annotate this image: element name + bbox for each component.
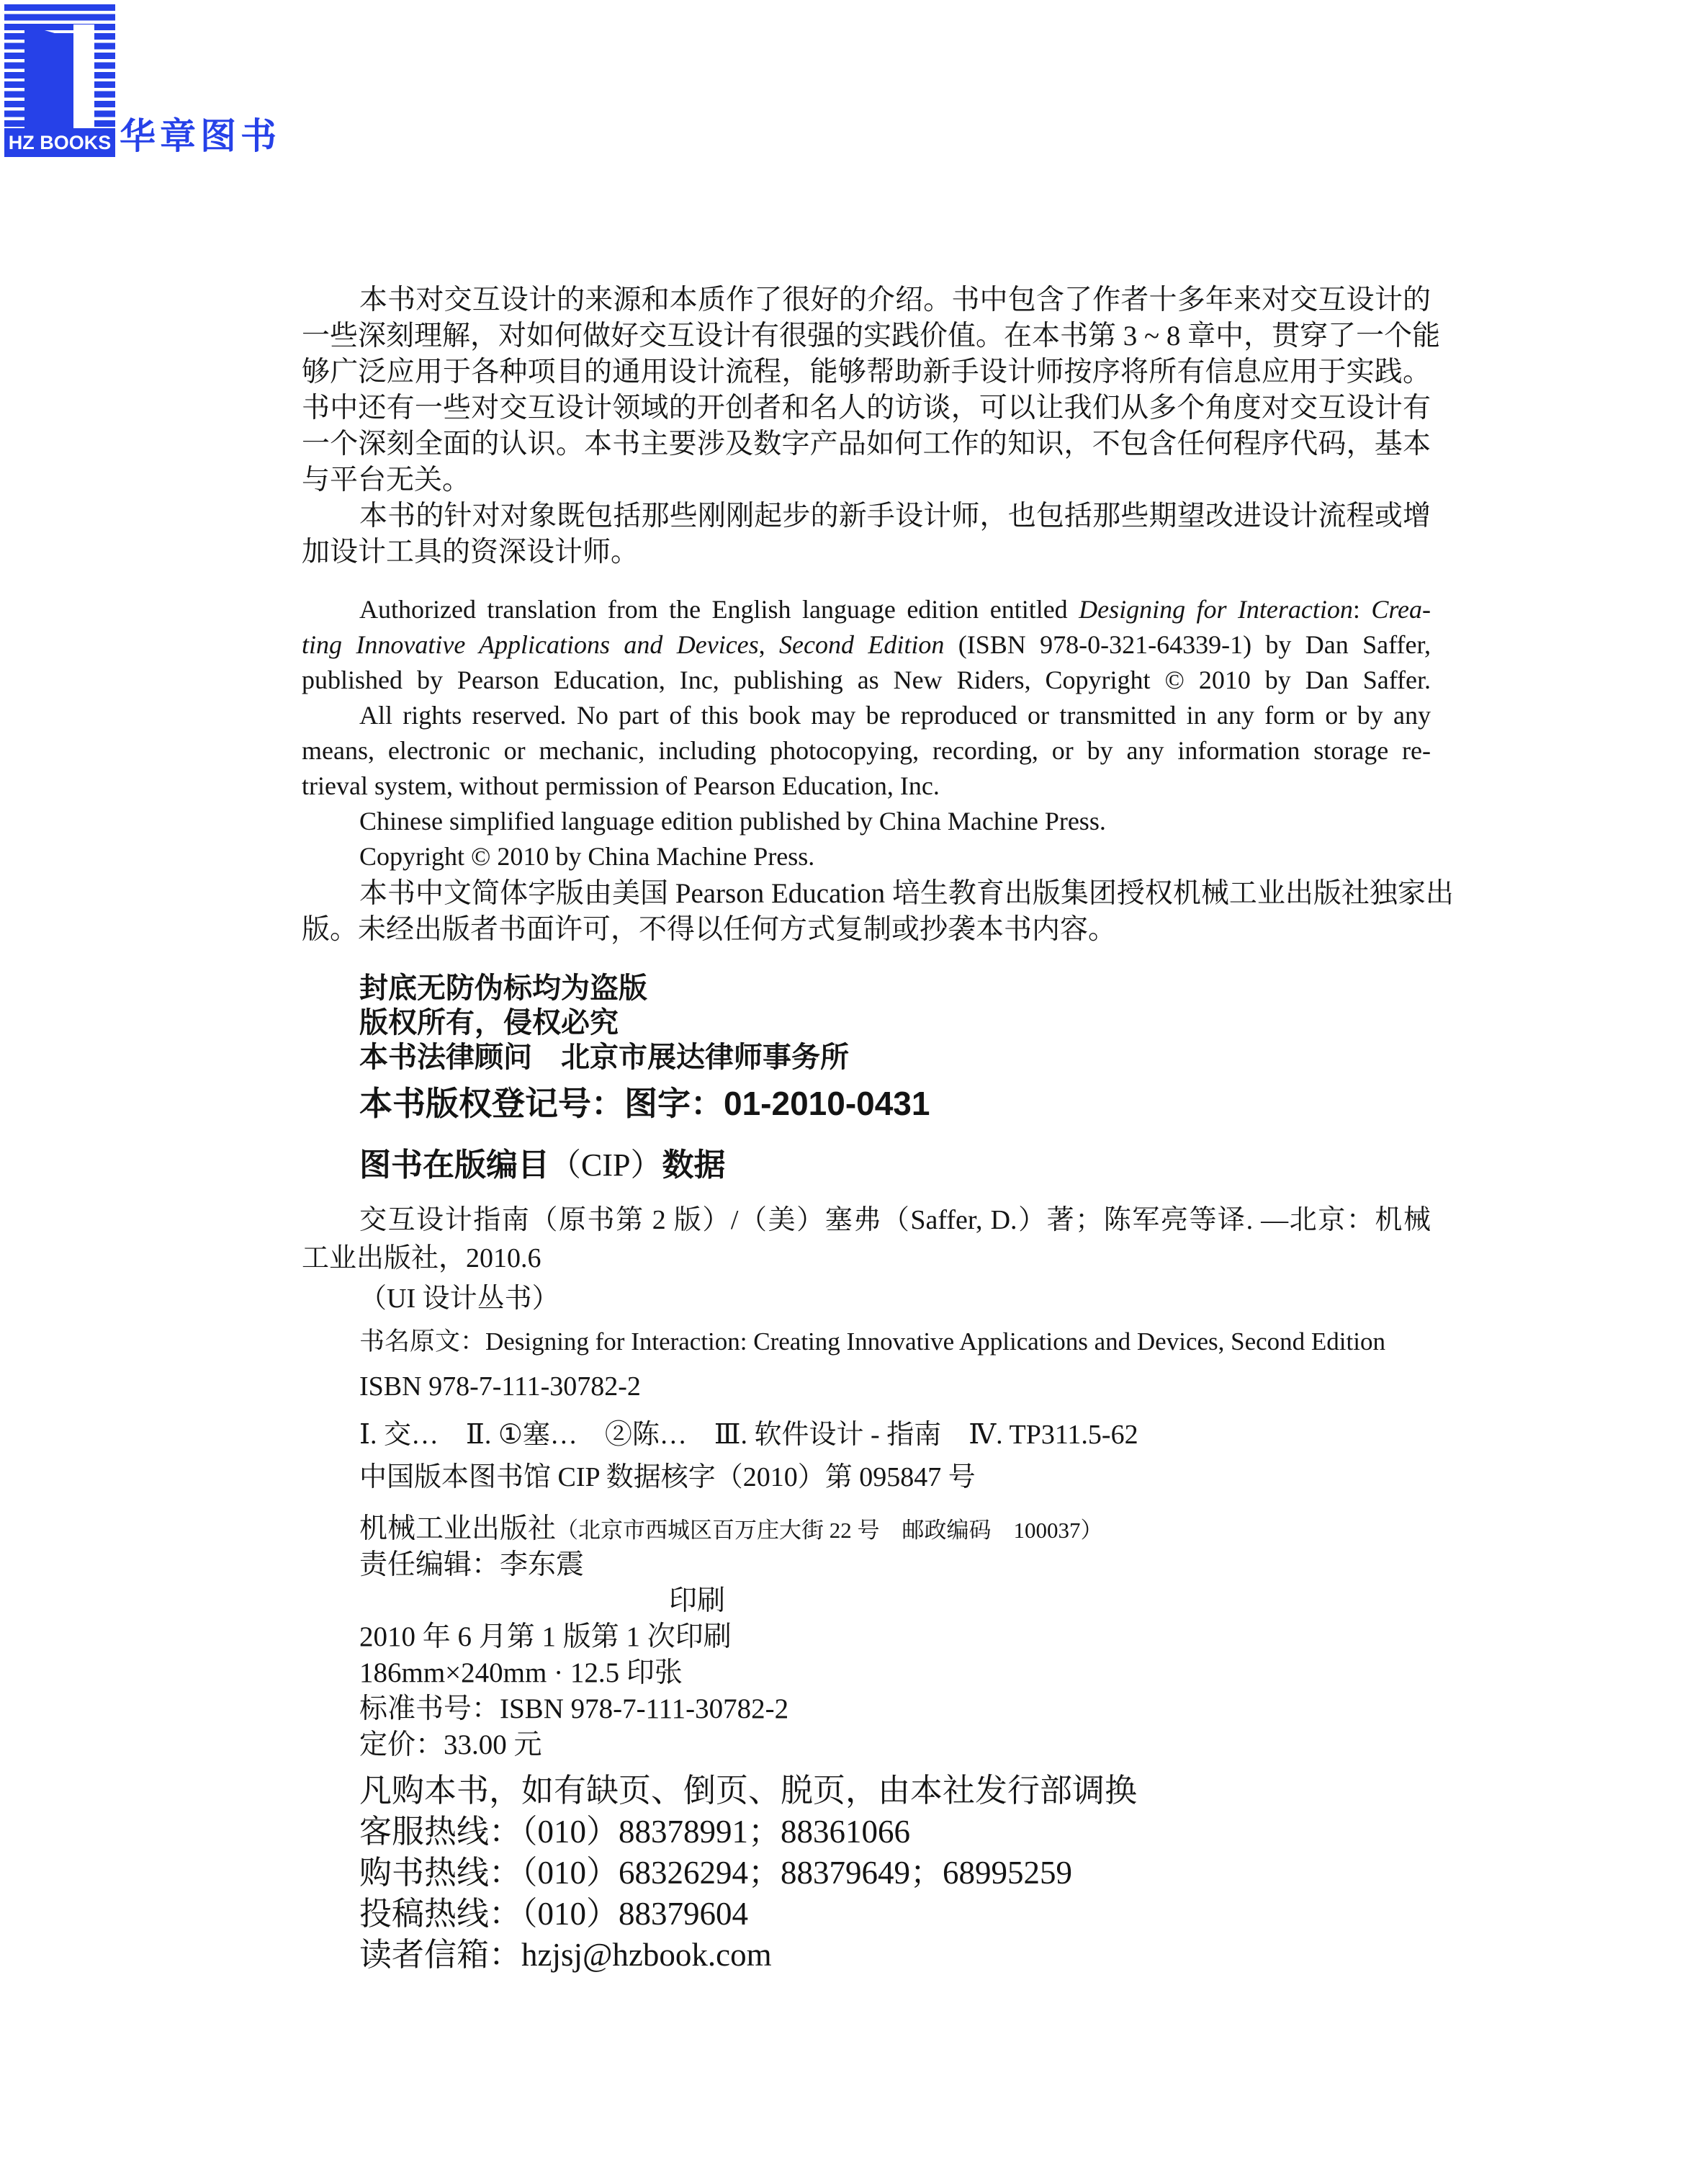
license-paragraph: 本书中文简体字版由美国 Pearson Education 培生教育出版集团授权… [302, 876, 1431, 948]
text-line: trieval system, without permission of Pe… [302, 769, 1431, 804]
editor-line: 责任编辑：李东震 [302, 1547, 1431, 1583]
text-line: Authorized translation from the English … [302, 592, 1431, 627]
hz-books-wordmark: HZ BOOKS [4, 128, 115, 157]
cip-entry-line2: 工业出版社，2010.6 [302, 1240, 1431, 1278]
intro-paragraph-1: 本书对交互设计的来源和本质作了很好的介绍。书中包含了作者十多年来对交互设计的 一… [302, 282, 1431, 498]
huazhang-wordmark: 华章图书 [120, 117, 281, 156]
cip-entry-line1: 交互设计指南（原书第 2 版）/（美）塞弗（Saffer, D.）著；陈军亮等译… [302, 1201, 1431, 1240]
text-line: 本书对交互设计的来源和本质作了很好的介绍。书中包含了作者十多年来对交互设计的 [302, 282, 1431, 318]
intro-paragraph-2: 本书的针对对象既包括那些刚刚起步的新手设计师，也包括那些期望改进设计流程或增 加… [302, 498, 1431, 570]
cip-record-number: 中国版本图书馆 CIP 数据核字（2010）第 095847 号 [302, 1459, 1431, 1495]
publisher-name: 机械工业出版社 [359, 1513, 556, 1544]
format-line: 186mm×240mm · 12.5 印张 [302, 1655, 1431, 1691]
text-line: published by Pearson Education, Inc, pub… [302, 663, 1431, 698]
cip-series: （UI 设计丛书） [302, 1278, 1431, 1320]
cip-classification: Ⅰ. 交… Ⅱ. ①塞… ②陈… Ⅲ. 软件设计 - 指南 Ⅳ. TP311.5… [302, 1410, 1431, 1459]
printer-line: 印刷 [302, 1583, 1431, 1619]
reader-email-line: 读者信箱：hzjsj@hzbook.com [302, 1935, 1431, 1976]
purchase-hotline-line: 购书热线：（010）68326294；88379649；68995259 [302, 1853, 1431, 1894]
text-line: Copyright © 2010 by China Machine Press. [302, 839, 1431, 874]
copyright-page: HZ BOOKS 华章图书 本书对交互设计的来源和本质作了很好的介绍。书中包含了… [0, 0, 1708, 2168]
text-line: 与平台无关。 [302, 462, 1431, 498]
text-line: 一些深刻理解，对如何做好交互设计有很强的实践价值。在本书第 3 ~ 8 章中，贯… [302, 318, 1431, 354]
text-line: Chinese simplified language edition publ… [302, 804, 1431, 839]
text-line: 够广泛应用于各种项目的通用设计流程，能够帮助新手设计师按序将所有信息应用于实践。 [302, 354, 1431, 390]
customer-hotline-line: 客服热线：（010）88378991；88361066 [302, 1811, 1431, 1853]
text-line: 版。未经出版者书面许可，不得以任何方式复制或抄袭本书内容。 [302, 912, 1431, 948]
text-line: 本书中文简体字版由美国 Pearson Education 培生教育出版集团授权… [302, 876, 1431, 912]
price-line: 定价：33.00 元 [302, 1727, 1431, 1763]
publisher-address: （北京市西城区百万庄大街 22 号 邮政编码 100037） [556, 1518, 1103, 1543]
anti-piracy-line: 封底无防伪标均为盗版 [302, 971, 1431, 1005]
legal-counsel-line: 本书法律顾问 北京市展达律师事务所 [302, 1040, 1431, 1075]
text-line: 加设计工具的资深设计师。 [302, 534, 1431, 570]
text-line: means, electronic or mechanic, including… [302, 733, 1431, 769]
submission-hotline-line: 投稿热线：（010）88379604 [302, 1894, 1431, 1935]
text-line: All rights reserved. No part of this boo… [302, 698, 1431, 733]
exchange-policy-line: 凡购本书，如有缺页、倒页、脱页，由本社发行部调换 [302, 1770, 1431, 1811]
cip-header: 图书在版编目（CIP）数据 [302, 1145, 1431, 1186]
text-line: 本书的针对对象既包括那些刚刚起步的新手设计师，也包括那些期望改进设计流程或增 [302, 498, 1431, 534]
logo-open-book-icon [24, 24, 73, 133]
text-line: 一个深刻全面的认识。本书主要涉及数字产品如何工作的知识，不包含任何程序代码，基本 [302, 426, 1431, 462]
english-copyright-block: Authorized translation from the English … [302, 592, 1431, 874]
registration-number-block: 本书版权登记号：图字：01-2010-0431 [302, 1082, 1431, 1125]
text-line: 书中还有一些对交互设计领域的开创者和名人的访谈，可以让我们从多个角度对交互设计有 [302, 390, 1431, 426]
cip-header-block: 图书在版编目（CIP）数据 [302, 1145, 1431, 1186]
rights-reserved-line: 版权所有，侵权必究 [302, 1005, 1431, 1040]
anti-piracy-notices: 封底无防伪标均为盗版 版权所有，侵权必究 本书法律顾问 北京市展达律师事务所 [302, 971, 1431, 1075]
registration-number: 本书版权登记号：图字：01-2010-0431 [302, 1082, 1431, 1125]
publisher-imprint-block: 机械工业出版社（北京市西城区百万庄大街 22 号 邮政编码 100037） 责任… [302, 1511, 1431, 1763]
text-line: ting Innovative Applications and Devices… [302, 627, 1431, 663]
printing-line: 2010 年 6 月第 1 版第 1 次印刷 [302, 1619, 1431, 1655]
cip-isbn: ISBN 978-7-111-30782-2 [302, 1363, 1431, 1410]
cip-data-block: 交互设计指南（原书第 2 版）/（美）塞弗（Saffer, D.）著；陈军亮等译… [302, 1201, 1431, 1495]
cip-original-title: 书名原文：Designing for Interaction: Creating… [302, 1320, 1431, 1363]
service-block: 凡购本书，如有缺页、倒页、脱页，由本社发行部调换 客服热线：（010）88378… [302, 1770, 1431, 1976]
publisher-line: 机械工业出版社（北京市西城区百万庄大街 22 号 邮政编码 100037） [302, 1511, 1431, 1547]
standard-isbn-line: 标准书号：ISBN 978-7-111-30782-2 [302, 1691, 1431, 1727]
hzbooks-logo-icon: HZ BOOKS [4, 4, 115, 157]
logo-gap [73, 24, 94, 131]
